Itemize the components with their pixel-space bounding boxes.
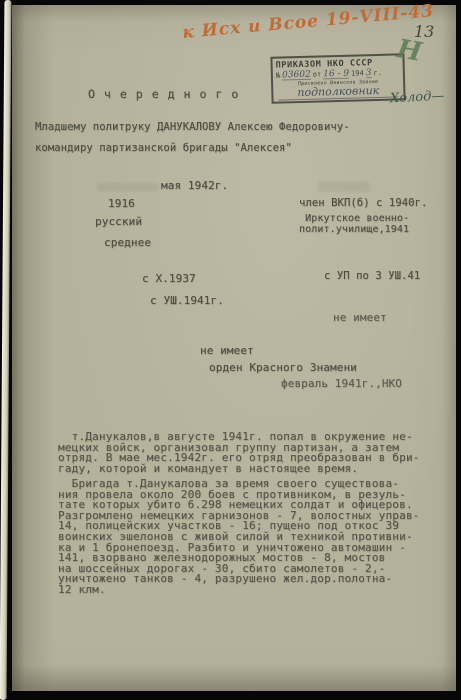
field-at-front: с УП по 3 УШ.41 [324,270,420,282]
addressee-line-2: командиру партизанской бригады "Алексея" [35,142,292,154]
body-paragraph-1: т.Данукалов,в августе 1941г. попал в окр… [58,432,420,474]
field-military-education: Иркутское военно- полит.училище,1941 [299,214,409,235]
field-in-red-army-since: с X.1937 [142,272,196,285]
field-assignment-date: мая 1942г. [161,179,228,192]
stamp-rank-handwritten: подполковник [278,84,398,100]
stamp-number-value: 03602 [282,71,311,81]
scanned-document-page: к Исх и Всое 19-VIII-43 13 Н ПРИКАЗОМ НК… [0,0,461,700]
field-nationality: русский [95,215,142,228]
book-page-edge [0,0,11,700]
pencil-tick-mark: Н [395,34,424,68]
field-previous-awards: не имеет [200,344,254,357]
field-award-date: февраль 1941г.,НКО [281,377,402,390]
stamp-date-value: 16 - 9 [323,70,349,80]
field-award-name: орден Красного Знамени [209,361,357,374]
stamp-year-written: 3 [366,69,372,78]
document-heading: Очередного [88,87,247,101]
paper-smudge [97,183,159,191]
field-party-membership: член ВКП(б) с 1940г. [299,197,427,209]
stamp-from-label: от [313,70,322,78]
handwritten-signature: Холод— [390,89,445,107]
stamp-number-label: № [276,72,280,80]
stamp-year-suffix: г. [373,69,382,77]
nko-order-stamp: ПРИКАЗОМ НКО СССР № 03602 от 16 - 9 194 … [270,53,405,103]
field-in-partisans-since: с УШ.1941г. [150,294,224,307]
field-wounds: не имеет [333,311,387,324]
body-paragraph-2: Бригада т.Данукалова за время своего сущ… [58,479,420,596]
field-education: среднее [104,236,151,249]
paper-smudge [318,182,370,192]
addressee-line-1: Младшему политруку ДАНУКАЛОВУ Алексею Фе… [35,121,350,133]
stamp-year-printed: 194 [351,69,364,77]
field-birth-year: 1916 [108,197,135,210]
